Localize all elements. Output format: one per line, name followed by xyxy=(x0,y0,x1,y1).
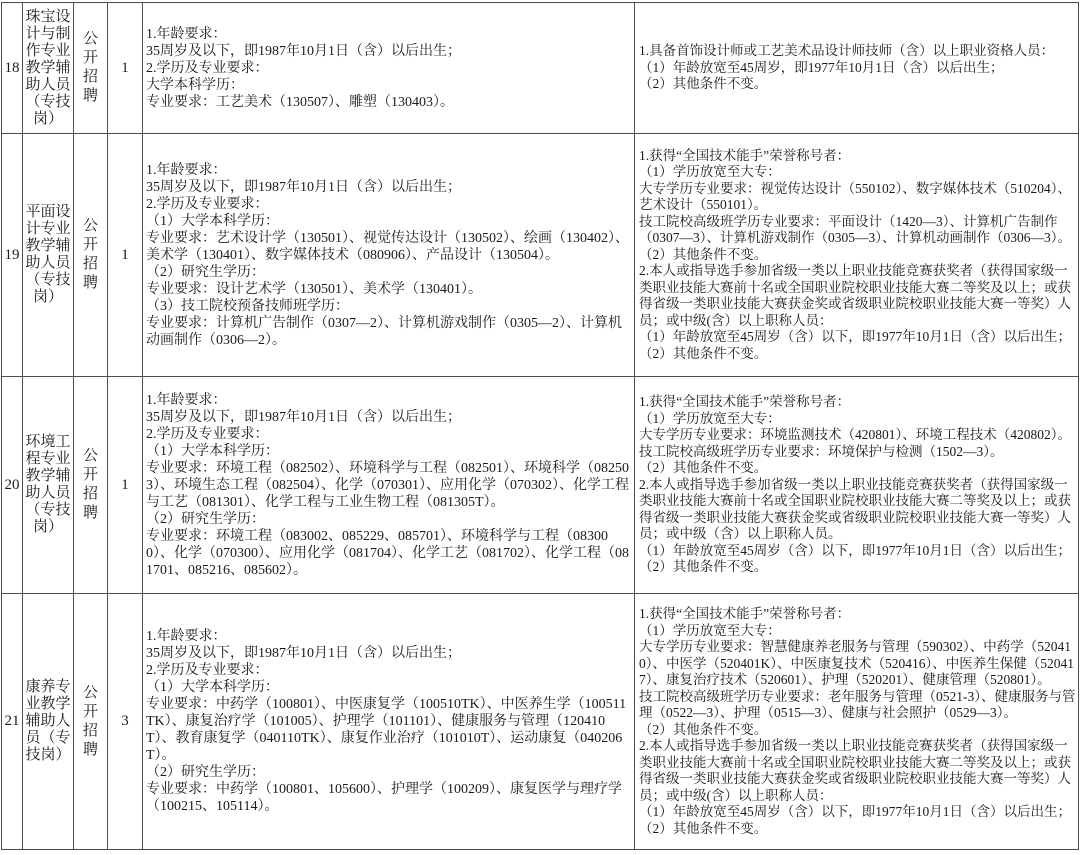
headcount: 3 xyxy=(108,594,143,850)
notes-cell: 1.具备首饰设计师或工艺美术品设计师技师（含）以上职业资格人员： （1）年龄放宽… xyxy=(635,3,1079,134)
headcount: 1 xyxy=(108,3,143,134)
position-name: 环境工程专业教学辅助人员（专技岗） xyxy=(23,377,74,594)
position-name: 珠宝设计与制作专业教学辅助人员（专技岗） xyxy=(23,3,74,134)
notes-cell: 1.获得“全国技术能手”荣誉称号者： （1）学历放宽至大专： 大专学历专业要求：… xyxy=(635,134,1079,377)
requirements-cell: 1.年龄要求： 35周岁及以下，即1987年10月1日（含）以后出生； 2.学历… xyxy=(143,377,635,594)
recruit-type: 公开招聘 xyxy=(74,594,108,850)
position-name: 康养专业教学辅助人员（专技岗） xyxy=(23,594,74,850)
recruit-type: 公开招聘 xyxy=(74,3,108,134)
row-number: 20 xyxy=(2,377,23,594)
table-row: 21 康养专业教学辅助人员（专技岗） 公开招聘 3 1.年龄要求： 35周岁及以… xyxy=(2,594,1079,850)
notes-cell: 1.获得“全国技术能手”荣誉称号者： （1）学历放宽至大专： 大专学历专业要求：… xyxy=(635,377,1079,594)
position-name: 平面设计专业教学辅助人员（专技岗） xyxy=(23,134,74,377)
headcount: 1 xyxy=(108,377,143,594)
headcount: 1 xyxy=(108,134,143,377)
requirements-cell: 1.年龄要求： 35周岁及以下，即1987年10月1日（含）以后出生； 2.学历… xyxy=(143,594,635,850)
requirements-cell: 1.年龄要求： 35周岁及以下，即1987年10月1日（含）以后出生； 2.学历… xyxy=(143,134,635,377)
table-row: 20 环境工程专业教学辅助人员（专技岗） 公开招聘 1 1.年龄要求： 35周岁… xyxy=(2,377,1079,594)
table-row: 19 平面设计专业教学辅助人员（专技岗） 公开招聘 1 1.年龄要求： 35周岁… xyxy=(2,134,1079,377)
recruitment-table: 18 珠宝设计与制作专业教学辅助人员（专技岗） 公开招聘 1 1.年龄要求： 3… xyxy=(1,2,1079,850)
recruit-type: 公开招聘 xyxy=(74,134,108,377)
table-row: 18 珠宝设计与制作专业教学辅助人员（专技岗） 公开招聘 1 1.年龄要求： 3… xyxy=(2,3,1079,134)
recruit-type: 公开招聘 xyxy=(74,377,108,594)
row-number: 18 xyxy=(2,3,23,134)
row-number: 21 xyxy=(2,594,23,850)
row-number: 19 xyxy=(2,134,23,377)
notes-cell: 1.获得“全国技术能手”荣誉称号者： （1）学历放宽至大专： 大专学历专业要求：… xyxy=(635,594,1079,850)
requirements-cell: 1.年龄要求： 35周岁及以下，即1987年10月1日（含）以后出生； 2.学历… xyxy=(143,3,635,134)
